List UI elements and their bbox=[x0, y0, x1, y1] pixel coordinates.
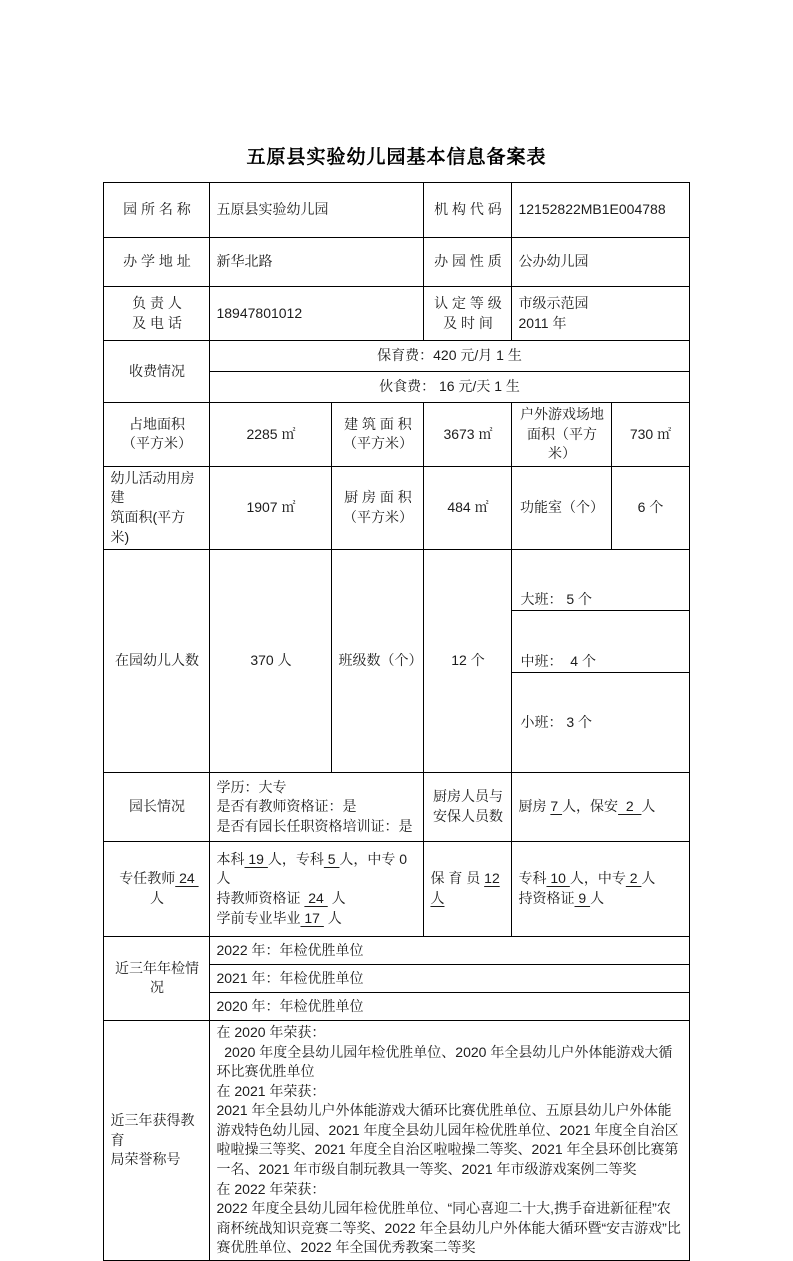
org-code-label: 机 构 代 码 bbox=[424, 183, 512, 238]
row-contact: 负 责 人 及 电 话 18947801012 认 定 等 级 及 时 间 市级… bbox=[104, 287, 689, 341]
kindergarten-name-value: 五原县实验幼儿园 bbox=[210, 183, 424, 238]
address-value: 新华北路 bbox=[210, 238, 424, 287]
kitchen-security-value: 厨房 7 人，保安 2 人 bbox=[512, 772, 689, 841]
fee-food-value: 伙食费： 16 元/天 1 生 bbox=[210, 372, 689, 403]
class-senior: 大班： 5 个 bbox=[512, 589, 688, 611]
outdoor-area-label: 户外游戏场地 面积（平方米） bbox=[512, 403, 612, 467]
document-page: 五原县实验幼儿园基本信息备案表 园 所 名 称 五原县实验幼儿园 机 构 代 码… bbox=[0, 0, 793, 1261]
grade-value: 市级示范园 2011 年 bbox=[512, 287, 689, 341]
activity-area-label: 幼儿活动用房建 筑面积(平方米) bbox=[104, 466, 210, 549]
inspection-2022: 2022 年：年检优胜单位 bbox=[210, 936, 689, 964]
row-address: 办 学 地 址 新华北路 办 园 性 质 公办幼儿园 bbox=[104, 238, 689, 287]
page-title: 五原县实验幼儿园基本信息备案表 bbox=[0, 142, 793, 169]
row-land-area: 占地面积 （平方米） 2285 ㎡ 建 筑 面 积 （平方米） 3673 ㎡ 户… bbox=[104, 403, 689, 467]
row-inspection-2022: 近三年年检情况 2022 年：年检优胜单位 bbox=[104, 936, 689, 964]
building-area-label: 建 筑 面 积 （平方米） bbox=[332, 403, 424, 467]
class-breakdown-cell: 大班： 5 个 中班： 4 个 小班： 3 个 bbox=[512, 550, 689, 773]
kitchen-area-value: 484 ㎡ bbox=[424, 466, 512, 549]
land-area-label: 占地面积 （平方米） bbox=[104, 403, 210, 467]
function-room-label: 功能室（个） bbox=[512, 466, 612, 549]
teachers-details: 本科 19 人，专科 5 人，中专 0 人 持教师资格证 24 人 学前专业毕业… bbox=[210, 841, 424, 936]
activity-area-value: 1907 ㎡ bbox=[210, 466, 332, 549]
class-count-label: 班级数（个） bbox=[332, 550, 424, 773]
row-honors: 近三年获得教育 局荣誉称号 在 2020 年荣获： 2020 年度全县幼儿园年检… bbox=[104, 1020, 689, 1260]
row-fees-1: 收费情况 保育费：420 元/月 1 生 bbox=[104, 341, 689, 372]
teachers-label: 专任教师 24 人 bbox=[104, 841, 210, 936]
class-middle: 中班： 4 个 bbox=[512, 651, 688, 673]
land-area-value: 2285 ㎡ bbox=[210, 403, 332, 467]
row-teachers: 专任教师 24 人 本科 19 人，专科 5 人，中专 0 人 持教师资格证 2… bbox=[104, 841, 689, 936]
row-kindergarten-name: 园 所 名 称 五原县实验幼儿园 机 构 代 码 12152822MB1E004… bbox=[104, 183, 689, 238]
grade-label: 认 定 等 级 及 时 间 bbox=[424, 287, 512, 341]
kitchen-security-label: 厨房人员与 安保人员数 bbox=[424, 772, 512, 841]
row-principal: 园长情况 学历：大专 是否有教师资格证：是 是否有园长任职资格培训证：是 厨房人… bbox=[104, 772, 689, 841]
school-type-label: 办 园 性 质 bbox=[424, 238, 512, 287]
honors-text: 在 2020 年荣获： 2020 年度全县幼儿园年检优胜单位、2020 年全县幼… bbox=[210, 1020, 689, 1260]
row-activity-area: 幼儿活动用房建 筑面积(平方米) 1907 ㎡ 厨 房 面 积 （平方米） 48… bbox=[104, 466, 689, 549]
address-label: 办 学 地 址 bbox=[104, 238, 210, 287]
class-junior: 小班： 3 个 bbox=[512, 712, 688, 733]
nursery-staff-label: 保 育 员 12 人 bbox=[424, 841, 512, 936]
info-table: 园 所 名 称 五原县实验幼儿园 机 构 代 码 12152822MB1E004… bbox=[103, 182, 689, 1261]
children-count-value: 370 人 bbox=[210, 550, 332, 773]
contact-phone-value: 18947801012 bbox=[210, 287, 424, 341]
inspection-label: 近三年年检情况 bbox=[104, 936, 210, 1020]
school-type-value: 公办幼儿园 bbox=[512, 238, 689, 287]
kitchen-area-label: 厨 房 面 积 （平方米） bbox=[332, 466, 424, 549]
outdoor-area-value: 730 ㎡ bbox=[612, 403, 689, 467]
contact-label: 负 责 人 及 电 话 bbox=[104, 287, 210, 341]
kindergarten-name-label: 园 所 名 称 bbox=[104, 183, 210, 238]
org-code-value: 12152822MB1E004788 bbox=[512, 183, 689, 238]
principal-details: 学历：大专 是否有教师资格证：是 是否有园长任职资格培训证：是 bbox=[210, 772, 424, 841]
honors-label: 近三年获得教育 局荣誉称号 bbox=[104, 1020, 210, 1260]
nursery-qualification-value: 专科 10 人，中专 2 人 持资格证 9 人 bbox=[512, 841, 689, 936]
inspection-2020: 2020 年：年检优胜单位 bbox=[210, 992, 689, 1020]
function-room-value: 6 个 bbox=[612, 466, 689, 549]
inspection-2021: 2021 年：年检优胜单位 bbox=[210, 964, 689, 992]
row-children-count: 在园幼儿人数 370 人 班级数（个） 12 个 大班： 5 个 中班： 4 个… bbox=[104, 550, 689, 773]
class-count-value: 12 个 bbox=[424, 550, 512, 773]
building-area-value: 3673 ㎡ bbox=[424, 403, 512, 467]
principal-label: 园长情况 bbox=[104, 772, 210, 841]
fee-care-value: 保育费：420 元/月 1 生 bbox=[210, 341, 689, 372]
fees-label: 收费情况 bbox=[104, 341, 210, 403]
children-count-label: 在园幼儿人数 bbox=[104, 550, 210, 773]
